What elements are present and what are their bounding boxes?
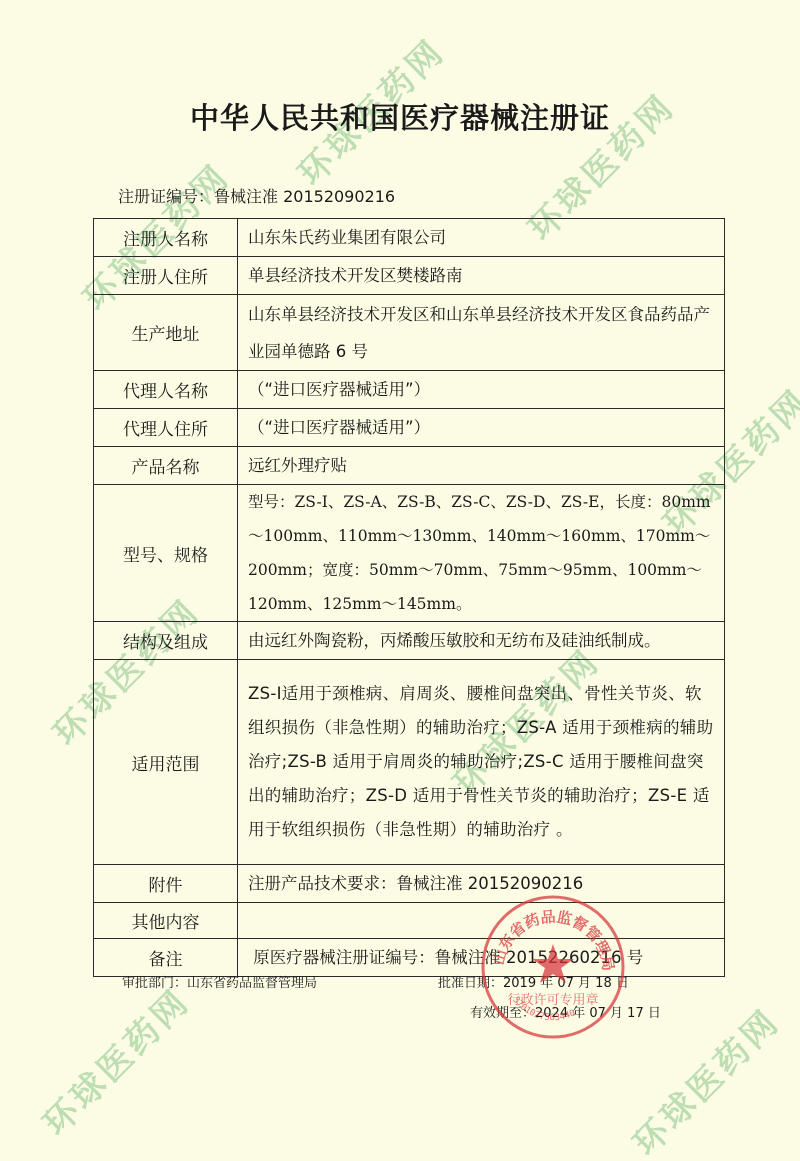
registration-table: 注册人名称 山东朱氏药业集团有限公司 注册人住所 单县经济技术开发区樊楼路南 生… [93, 218, 725, 977]
row-label: 代理人住所 [94, 409, 238, 447]
row-value: 原医疗器械注册证编号：鲁械注准 20152260216 号 [238, 939, 725, 977]
table-row: 其他内容 [94, 903, 725, 939]
watermark: 环球医药网 [30, 976, 199, 1145]
table-row: 适用范围 ZS-Ⅰ适用于颈椎病、肩周炎、腰椎间盘突出、骨性关节炎、软组织损伤（非… [94, 660, 725, 865]
row-label: 产品名称 [94, 447, 238, 485]
table-row: 型号、规格 型号：ZS-I、ZS-A、ZS-B、ZS-C、ZS-D、ZS-E，长… [94, 485, 725, 622]
row-label: 结构及组成 [94, 622, 238, 660]
row-label: 代理人名称 [94, 371, 238, 409]
expiry-date-label: 有效期至： [470, 1006, 535, 1021]
row-value [238, 903, 725, 939]
table-row: 产品名称 远红外理疗贴 [94, 447, 725, 485]
row-label: 其他内容 [94, 903, 238, 939]
certificate-number: 注册证编号：鲁械注准 20152090216 [118, 184, 395, 207]
row-label: 注册人住所 [94, 257, 238, 295]
approval-date-label: 批准日期： [438, 976, 503, 991]
row-value: 注册产品技术要求：鲁械注准 20152090216 [238, 865, 725, 903]
approval-authority-value: 山东省药品监督管理局 [187, 976, 317, 991]
table-row: 结构及组成 由远红外陶瓷粉，丙烯酸压敏胶和无纺布及硅油纸制成。 [94, 622, 725, 660]
expiry-date-value: 2024 年 07 月 17 日 [535, 1006, 661, 1021]
row-value: 山东单县经济技术开发区和山东单县经济技术开发区食品药品产业园单德路 6 号 [238, 295, 725, 371]
row-value: 由远红外陶瓷粉，丙烯酸压敏胶和无纺布及硅油纸制成。 [238, 622, 725, 660]
row-label: 型号、规格 [94, 485, 238, 622]
row-label: 注册人名称 [94, 219, 238, 257]
table-row: 代理人名称 （“进口医疗器械适用”） [94, 371, 725, 409]
certificate-number-value: 鲁械注准 20152090216 [214, 187, 395, 206]
row-value: 单县经济技术开发区樊楼路南 [238, 257, 725, 295]
table-row: 附件 注册产品技术要求：鲁械注准 20152090216 [94, 865, 725, 903]
row-value: 远红外理疗贴 [238, 447, 725, 485]
approval-authority-label: 审批部门： [122, 976, 187, 991]
row-label: 备注 [94, 939, 238, 977]
certificate-page: 环球医药网 环球医药网 环球医药网 环球医药网 环球医药网 环球医药网 环球医药… [0, 0, 800, 1161]
row-label: 生产地址 [94, 295, 238, 371]
row-label: 适用范围 [94, 660, 238, 865]
approval-authority: 审批部门：山东省药品监督管理局 [122, 972, 317, 991]
table-row: 注册人住所 单县经济技术开发区樊楼路南 [94, 257, 725, 295]
table-row: 代理人住所 （“进口医疗器械适用”） [94, 409, 725, 447]
table-row: 注册人名称 山东朱氏药业集团有限公司 [94, 219, 725, 257]
table-row: 生产地址 山东单县经济技术开发区和山东单县经济技术开发区食品药品产业园单德路 6… [94, 295, 725, 371]
row-value: 山东朱氏药业集团有限公司 [238, 219, 725, 257]
table-row: 备注 原医疗器械注册证编号：鲁械注准 20152260216 号 [94, 939, 725, 977]
row-label: 附件 [94, 865, 238, 903]
row-value: （“进口医疗器械适用”） [238, 371, 725, 409]
approval-date-value: 2019 年 07 月 18 日 [503, 976, 629, 991]
expiry-date: 有效期至：2024 年 07 月 17 日 [470, 1002, 661, 1021]
row-value: 型号：ZS-I、ZS-A、ZS-B、ZS-C、ZS-D、ZS-E，长度：80mm… [238, 485, 725, 622]
row-value: ZS-Ⅰ适用于颈椎病、肩周炎、腰椎间盘突出、骨性关节炎、软组织损伤（非急性期）的… [238, 660, 725, 865]
approval-date: 批准日期：2019 年 07 月 18 日 [438, 972, 629, 991]
document-title: 中华人民共和国医疗器械注册证 [0, 96, 800, 137]
certificate-number-label: 注册证编号： [118, 187, 214, 206]
row-value: （“进口医疗器械适用”） [238, 409, 725, 447]
